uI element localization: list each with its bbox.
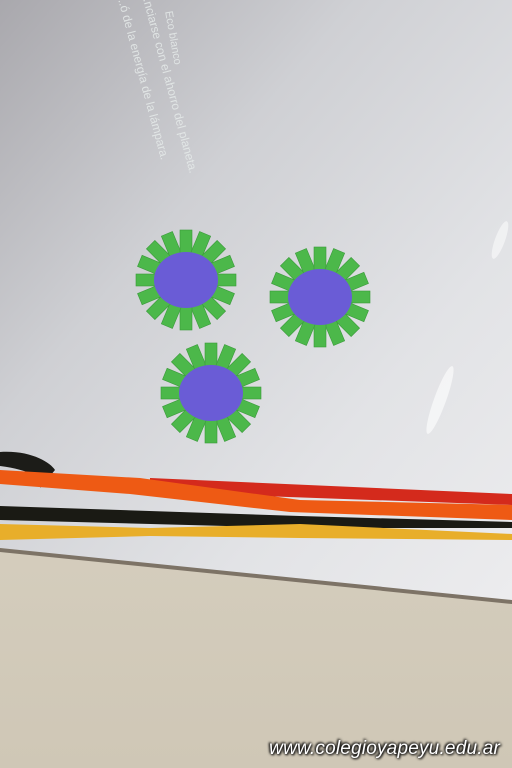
flower-2 [270, 247, 370, 347]
flower-1 [136, 230, 236, 330]
flower-3 [161, 343, 261, 443]
watermark: www.colegioyapeyu.edu.ar [269, 738, 500, 760]
photo-scene [0, 0, 512, 768]
